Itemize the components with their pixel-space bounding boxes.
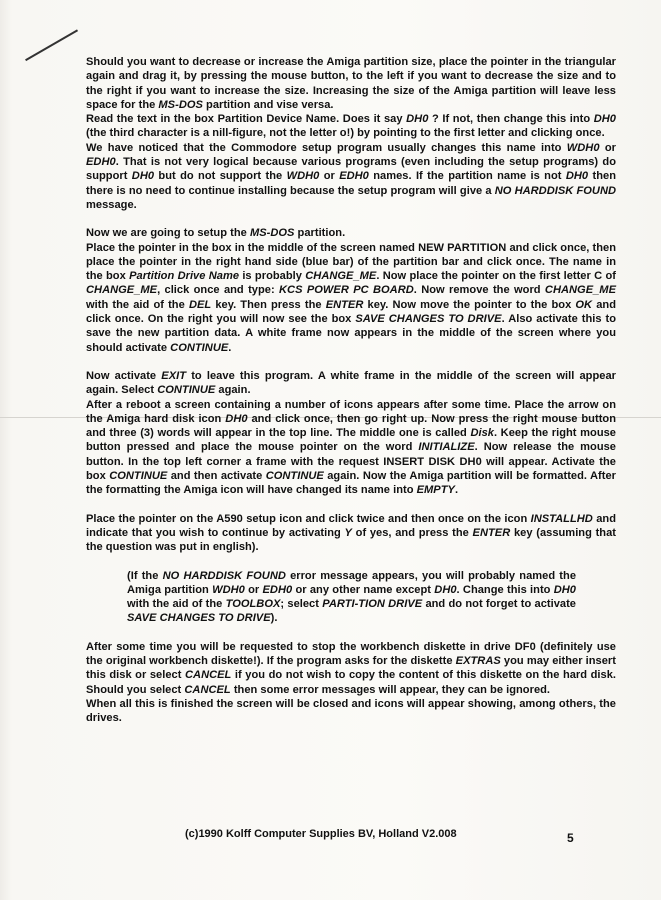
emphasis-text: CHANGE_ME — [86, 284, 157, 296]
document-body: Should you want to decrease or increase … — [86, 55, 616, 725]
body-text: Read the text in the box Partition Devic… — [86, 113, 406, 125]
body-text: (the third character is a nill-figure, n… — [86, 127, 605, 139]
body-text: key. Now move the pointer to the box — [363, 299, 575, 311]
emphasis-text: WDH0 — [212, 584, 245, 596]
body-text: . — [228, 342, 231, 354]
emphasis-text: WDH0 — [567, 142, 600, 154]
emphasis-text: EDH0 — [86, 156, 116, 168]
body-text: , click once and type: — [157, 284, 279, 296]
body-text: message. — [86, 199, 137, 211]
emphasis-text: TOOLBOX — [226, 598, 281, 610]
body-text: . — [455, 484, 458, 496]
emphasis-text: MS-DOS — [250, 227, 295, 239]
emphasis-text: WDH0 — [287, 170, 320, 182]
emphasis-text: EMPTY — [417, 484, 455, 496]
paragraph-p11: When all this is finished the screen wil… — [86, 697, 616, 726]
paragraph-gap — [86, 355, 616, 369]
body-text: but do not support the — [154, 170, 287, 182]
page-number: 5 — [567, 831, 574, 845]
emphasis-text: NO HARDDISK FOUND — [495, 185, 616, 197]
body-text: names. If the partition name is not — [369, 170, 566, 182]
body-text: (If the — [127, 570, 163, 582]
body-text: When all this is finished the screen wil… — [86, 698, 616, 724]
body-text: ). — [271, 612, 278, 624]
emphasis-text: CANCEL — [185, 669, 231, 681]
paragraph-p3: We have noticed that the Commodore setup… — [86, 141, 616, 212]
body-text: again. — [215, 384, 250, 396]
paragraph-p9: (If the NO HARDDISK FOUND error message … — [127, 569, 576, 626]
paragraph-p1: Should you want to decrease or increase … — [86, 55, 616, 112]
body-text: of yes, and press the — [352, 527, 473, 539]
body-text: or any other name except — [292, 584, 434, 596]
body-text: partition and vise versa. — [203, 99, 334, 111]
emphasis-text: CONTINUE — [170, 342, 228, 354]
body-text: . Now remove the word — [414, 284, 545, 296]
body-text: . Change this into — [457, 584, 554, 596]
footer-copyright: (c)1990 Kolff Computer Supplies BV, Holl… — [185, 828, 457, 840]
paragraph-p7: After a reboot a screen containing a num… — [86, 398, 616, 498]
emphasis-text: OK — [575, 299, 592, 311]
emphasis-text: KCS POWER PC BOARD — [279, 284, 414, 296]
body-text: with the aid of the — [86, 299, 189, 311]
emphasis-text: DH0 — [406, 113, 428, 125]
body-text: ; select — [280, 598, 322, 610]
emphasis-text: EXIT — [161, 370, 186, 382]
emphasis-text: Y — [345, 527, 352, 539]
paragraph-p4: Now we are going to setup the MS-DOS par… — [86, 226, 616, 240]
emphasis-text: Partition Drive Name — [129, 270, 239, 282]
body-text: or — [245, 584, 263, 596]
body-text: is probably — [239, 270, 305, 282]
paragraph-p2: Read the text in the box Partition Devic… — [86, 112, 616, 141]
body-text: with the aid of the — [127, 598, 226, 610]
emphasis-text: CHANGE_ME — [305, 270, 376, 282]
body-text: Now we are going to setup the — [86, 227, 250, 239]
paragraph-p6: Now activate EXIT to leave this program.… — [86, 369, 616, 398]
body-text: Place the pointer on the A590 setup icon… — [86, 513, 531, 525]
emphasis-text: DH0 — [132, 170, 154, 182]
body-text: and do not forget to activate — [422, 598, 576, 610]
emphasis-text: SAVE CHANGES TO DRIVE — [127, 612, 271, 624]
body-text: then some error messages will appear, th… — [231, 684, 550, 696]
emphasis-text: CONTINUE — [157, 384, 215, 396]
body-text: partition. — [294, 227, 345, 239]
body-text: or — [319, 170, 339, 182]
emphasis-text: INSTALLHD — [531, 513, 593, 525]
emphasis-text: EDH0 — [263, 584, 293, 596]
document-page: Should you want to decrease or increase … — [0, 0, 661, 900]
emphasis-text: DH0 — [225, 413, 247, 425]
paragraph-gap — [86, 212, 616, 226]
emphasis-text: DH0 — [554, 584, 576, 596]
emphasis-text: NO HARDDISK FOUND — [163, 570, 286, 582]
paragraph-p10: After some time you will be requested to… — [86, 640, 616, 697]
emphasis-text: PARTI-TION DRIVE — [322, 598, 422, 610]
body-text: or — [600, 142, 616, 154]
paragraph-p5: Place the pointer in the box in the midd… — [86, 241, 616, 355]
paragraph-p8: Place the pointer on the A590 setup icon… — [86, 512, 616, 555]
emphasis-text: SAVE CHANGES TO DRIVE — [355, 313, 501, 325]
emphasis-text: CHANGE_ME — [545, 284, 616, 296]
body-text: ? If not, then change this into — [428, 113, 593, 125]
emphasis-text: INITIALIZE — [418, 441, 474, 453]
emphasis-text: DH0 — [566, 170, 588, 182]
emphasis-text: DH0 — [594, 113, 616, 125]
paragraph-gap — [86, 555, 616, 569]
paragraph-gap — [86, 626, 616, 640]
body-text: key. Then press the — [211, 299, 326, 311]
emphasis-text: DEL — [189, 299, 211, 311]
emphasis-text: MS-DOS — [158, 99, 203, 111]
body-text: . Now place the pointer on the first let… — [376, 270, 616, 282]
emphasis-text: EDH0 — [339, 170, 369, 182]
body-text: We have noticed that the Commodore setup… — [86, 142, 567, 154]
emphasis-text: EXTRAS — [456, 655, 501, 667]
paragraph-gap — [86, 498, 616, 512]
emphasis-text: ENTER — [326, 299, 364, 311]
body-text: Now activate — [86, 370, 161, 382]
emphasis-text: Disk — [470, 427, 494, 439]
emphasis-text: CONTINUE — [109, 470, 167, 482]
page-corner-edge — [8, 0, 78, 61]
emphasis-text: DH0 — [434, 584, 456, 596]
emphasis-text: CONTINUE — [266, 470, 324, 482]
body-text: and then activate — [167, 470, 265, 482]
emphasis-text: ENTER — [473, 527, 511, 539]
emphasis-text: CANCEL — [184, 684, 230, 696]
